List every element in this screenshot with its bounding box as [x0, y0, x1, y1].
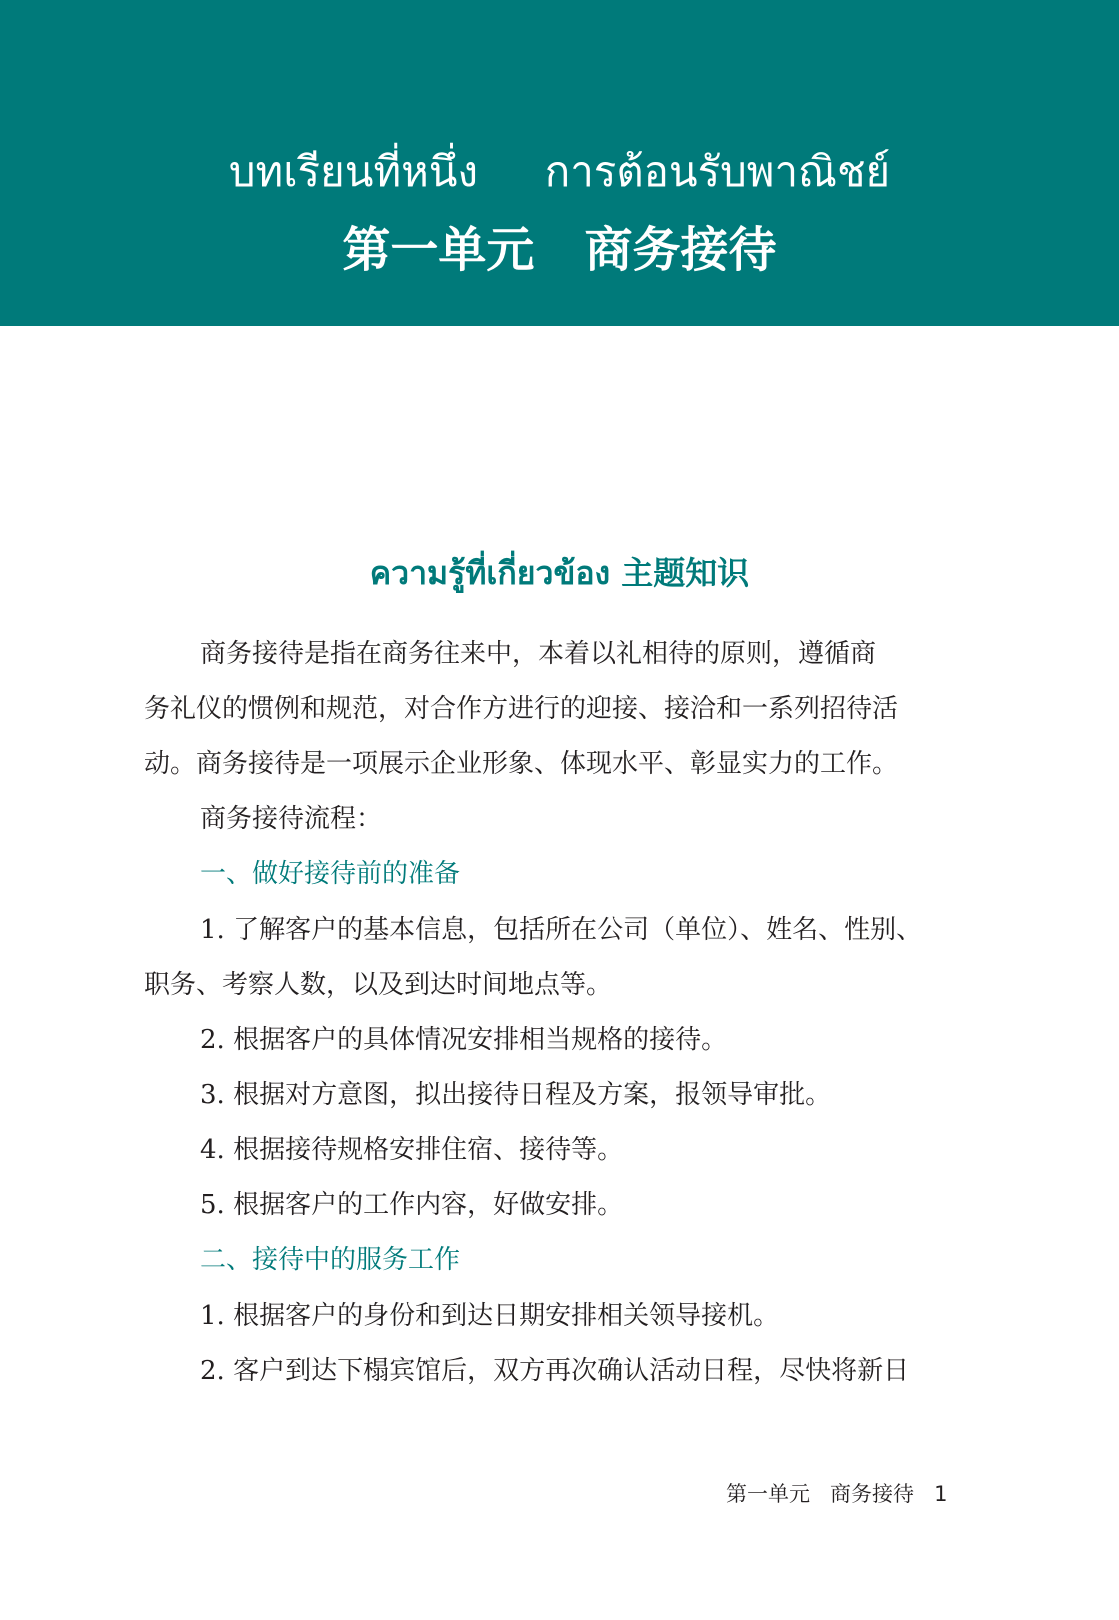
- service-item-2: 2. 客户到达下榻宾馆后，双方再次确认活动日程，尽快将新日: [200, 1343, 909, 1399]
- intro-line-1: 商务接待是指在商务往来中，本着以礼相待的原则，遵循商: [200, 626, 876, 682]
- chapter-title-thai: บทเรียนที่หนึ่ง การต้อนรับพาณิชย์: [0, 140, 1119, 204]
- process-label: 商务接待流程：: [200, 791, 382, 847]
- prep-item-1b: 职务、考察人数，以及到达时间地点等。: [144, 957, 612, 1013]
- page-footer: 第一单元 商务接待 1: [726, 1478, 947, 1508]
- prep-item-1a: 1. 了解客户的基本信息，包括所在公司（单位）、姓名、性别、: [200, 902, 922, 958]
- prep-item-2: 2. 根据客户的具体情况安排相当规格的接待。: [200, 1012, 727, 1068]
- section-title: ความรู้ที่เกี่ยวข้อง 主题知识: [0, 548, 1119, 598]
- heading-service: 二、接待中的服务工作: [200, 1232, 460, 1288]
- page-number: 1: [934, 1482, 947, 1506]
- running-head: 第一单元 商务接待: [726, 1482, 914, 1506]
- intro-line-2: 务礼仪的惯例和规范，对合作方进行的迎接、接洽和一系列招待活: [144, 681, 898, 737]
- heading-prep: 一、做好接待前的准备: [200, 846, 460, 902]
- chapter-title-chinese: 第一单元 商务接待: [0, 218, 1119, 282]
- service-item-1: 1. 根据客户的身份和到达日期安排相关领导接机。: [200, 1288, 779, 1344]
- intro-line-3: 动。商务接待是一项展示企业形象、体现水平、彰显实力的工作。: [144, 736, 898, 792]
- prep-item-4: 4. 根据接待规格安排住宿、接待等。: [200, 1122, 623, 1178]
- chapter-banner: บทเรียนที่หนึ่ง การต้อนรับพาณิชย์ 第一单元 商…: [0, 0, 1119, 326]
- prep-item-5: 5. 根据客户的工作内容，好做安排。: [200, 1177, 623, 1233]
- prep-item-3: 3. 根据对方意图，拟出接待日程及方案，报领导审批。: [200, 1067, 831, 1123]
